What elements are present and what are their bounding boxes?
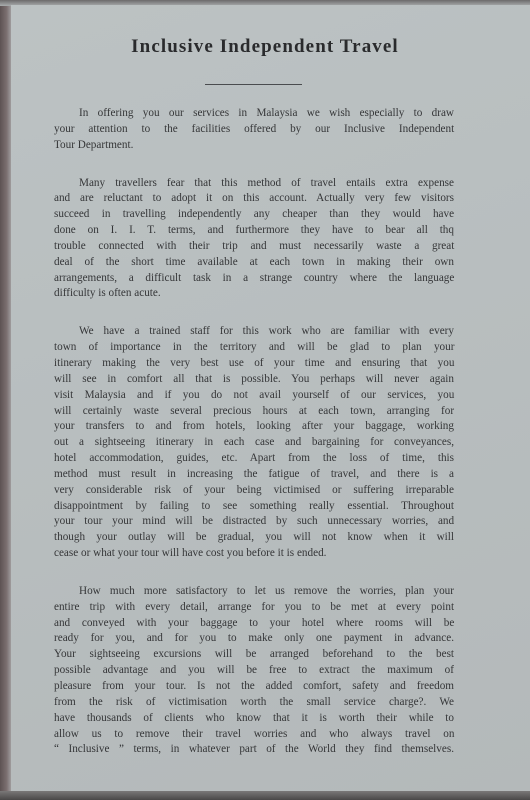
text-line: “ Inclusive ” terms, in whatever part of… <box>54 742 454 758</box>
text-line: will see in comfort all that is possible… <box>54 372 454 388</box>
text-line: itinerary making the very best use of yo… <box>54 356 454 372</box>
text-line: succeed in travelling independently any … <box>54 207 454 223</box>
text-line: arrangements, a difficult task in a stra… <box>54 271 454 287</box>
paragraph-staff: We have a trained staff for this work wh… <box>54 324 454 562</box>
page-title: Inclusive Independent Travel <box>0 36 530 58</box>
text-line: cease or what your tour will have cost y… <box>54 546 454 562</box>
text-line: your tour your mind will be distracted b… <box>54 514 454 530</box>
text-line: though your outlay will be gradual, you … <box>54 530 454 546</box>
text-line: ready for you, and for you to make only … <box>54 631 454 647</box>
text-line: possible advantage and you will be free … <box>54 663 454 679</box>
text-line: from the risk of victimisation worth the… <box>54 695 454 711</box>
text-line: have thousands of clients who know that … <box>54 711 454 727</box>
text-line: and conveyed with your baggage to your h… <box>54 616 454 632</box>
text-line: In offering you our services in Malaysia… <box>54 106 454 122</box>
text-line: done on I. I. T. terms, and furthermore … <box>54 223 454 239</box>
text-line: allow us to remove their travel worries … <box>54 727 454 743</box>
paragraph-intro: In offering you our services in Malaysia… <box>54 106 454 154</box>
text-line: your transfers to and from hotels, looki… <box>54 419 454 435</box>
text-line: hotel accommodation, guides, etc. Apart … <box>54 451 454 467</box>
text-line: Many travellers fear that this method of… <box>54 176 454 192</box>
text-line: your attention to the facilities offered… <box>54 122 454 138</box>
text-line: How much more satisfactory to let us rem… <box>54 584 454 600</box>
paragraph-satisfaction: How much more satisfactory to let us rem… <box>54 584 454 758</box>
text-line: out a sightseeing itinerary in each case… <box>54 435 454 451</box>
text-line: will certainly waste several precious ho… <box>54 404 454 420</box>
body-text: In offering you our services in Malaysia… <box>54 106 454 780</box>
text-line: deal of the short time available at each… <box>54 255 454 271</box>
text-line: Tour Department. <box>54 138 454 154</box>
text-line: difficulty is often acute. <box>54 286 454 302</box>
text-line: visit Malaysia and if you do not avail y… <box>54 388 454 404</box>
paragraph-expense: Many travellers fear that this method of… <box>54 176 454 303</box>
text-line: and are reluctant to adopt it on this ac… <box>54 191 454 207</box>
page-bottom-shadow <box>0 791 530 800</box>
title-divider <box>205 84 302 85</box>
text-line: town of importance in the territory and … <box>54 340 454 356</box>
text-line: very considerable risk of your being vic… <box>54 483 454 499</box>
text-line: pleasure from your tour. Is not the adde… <box>54 679 454 695</box>
text-line: Your sightseeing excursions will be arra… <box>54 647 454 663</box>
text-line: method must result in increasing the fat… <box>54 467 454 483</box>
text-line: entire trip with every detail, arrange f… <box>54 600 454 616</box>
text-line: disappointment by failing to see somethi… <box>54 499 454 515</box>
text-line: trouble connected with their trip and mu… <box>54 239 454 255</box>
text-line: We have a trained staff for this work wh… <box>54 324 454 340</box>
